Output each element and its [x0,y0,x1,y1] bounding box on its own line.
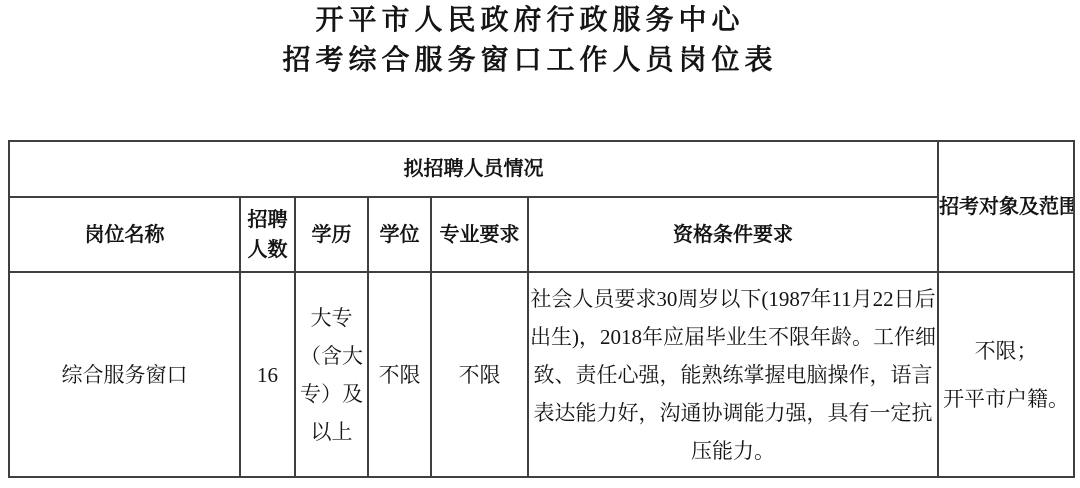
column-header-degree: 学位 [368,197,431,272]
cell-target-scope-line-1: 不限； [939,327,1073,375]
column-header-scope: 招考对象及范围 [938,141,1074,272]
cell-target-scope: 不限； 开平市户籍。 [938,272,1074,477]
page-title-line-1: 开平市人民政府行政服务中心 [0,1,1060,41]
column-header-major: 专业要求 [431,197,528,272]
cell-target-scope-line-2: 开平市户籍。 [939,375,1073,423]
table-group-header-row: 拟招聘人员情况 招考对象及范围 [9,141,1074,197]
recruitment-position-table: 拟招聘人员情况 招考对象及范围 岗位名称 招聘人数 学历 学位 专业要求 资格条… [8,140,1075,478]
cell-major: 不限 [431,272,528,477]
page-title: 开平市人民政府行政服务中心 招考综合服务窗口工作人员岗位表 [0,1,1060,81]
table-column-header-row: 岗位名称 招聘人数 学历 学位 专业要求 资格条件要求 [9,197,1074,272]
cell-position-name: 综合服务窗口 [9,272,240,477]
column-header-position: 岗位名称 [9,197,240,272]
column-header-education: 学历 [295,197,368,272]
table-row: 综合服务窗口 16 大专（含大专）及以上 不限 不限 社会人员要求30周岁以下(… [9,272,1074,477]
cell-degree: 不限 [368,272,431,477]
cell-education: 大专（含大专）及以上 [295,272,368,477]
column-header-headcount: 招聘人数 [240,197,295,272]
cell-headcount: 16 [240,272,295,477]
page-title-line-2: 招考综合服务窗口工作人员岗位表 [0,41,1060,81]
cell-qualifications: 社会人员要求30周岁以下(1987年11月22日后出生)，2018年应届毕业生不… [528,272,938,477]
column-header-qualifications: 资格条件要求 [528,197,938,272]
group-header-cell: 拟招聘人员情况 [9,141,938,197]
